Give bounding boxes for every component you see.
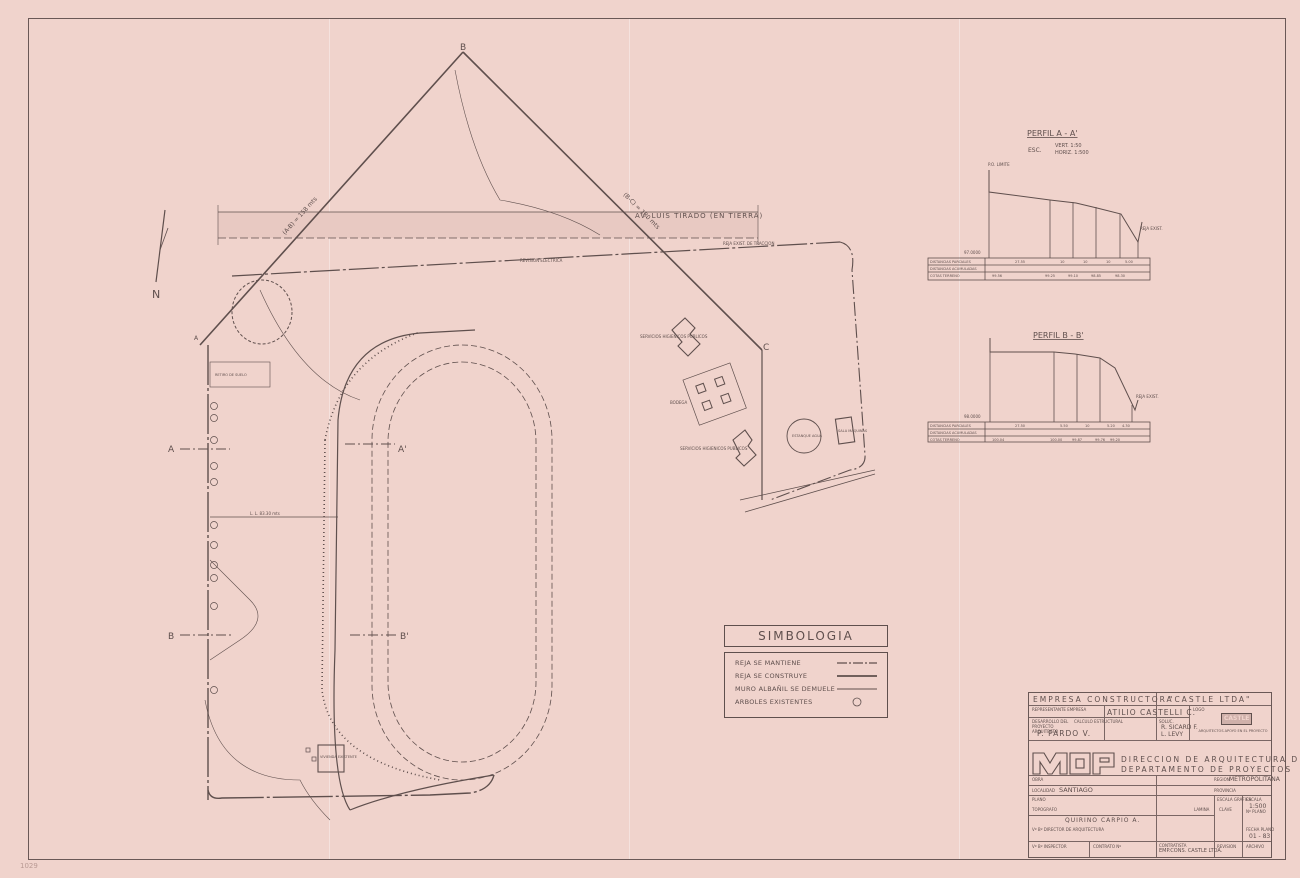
rep-label: REPRESENTANTE EMPRESA [1032,707,1086,712]
legend-body: REJA SE MANTIENE REJA SE CONSTRUYE MURO … [724,652,888,718]
profile-a-datum: 97.0000 [964,250,981,255]
section-a-label: A [168,445,175,455]
logo-label: LOGO [1193,707,1204,712]
topografo-value: QUIRINO CARPIO A. [1065,817,1140,824]
title-block: EMPRESA CONSTRUCTORA "CASTLE LTDA" REPRE… [1028,692,1272,858]
profile-a-partial: 10 [1060,260,1064,264]
contratista-value: EMP.CONS. CASTLE LTDA. [1159,848,1222,854]
north-arrow-icon [156,210,165,282]
profile-a-partial: 10 [1106,260,1110,264]
company-label: EMPRESA CONSTRUCTORA [1033,695,1174,704]
profile-b-elevation: 100.00 [1050,438,1062,442]
archivo-label: ARCHIVO [1246,844,1264,849]
building-label: VIVIENDA EXISTENTE [320,755,357,759]
corner-note: 1029 [20,862,38,870]
architect-name: P. PARDO V. [1037,729,1091,738]
fence-note: REJA EXIST. DE TRACCION [723,241,774,246]
region-label: REGION [1214,777,1230,782]
n-plano-label: Nº PLANO [1246,809,1266,814]
profile-b-row-label: COTAS TERRENO [930,438,960,442]
profile-a-scale-vert: VERT. 1:50 [1055,143,1082,149]
vertex-c-label: C [763,343,769,353]
profile-a-title: PERFIL A - A' [1027,129,1078,138]
department-label: DEPARTAMENTO DE PROYECTOS [1121,765,1292,774]
profile-a-row-label: DISTANCIAS PARCIALES [930,260,972,264]
electric-note: REVISION ELECTRICA [520,258,563,263]
profile-a-elevation: 99.10 [1068,274,1078,278]
profile-b-title: PERFIL B - B' [1033,331,1084,340]
profile-a-elevation: 99.56 [992,274,1002,278]
profile-a-elevation: 98.85 [1091,274,1101,278]
profile-b-row-label: DISTANCIAS PARCIALES [930,424,972,428]
company-name: "CASTLE LTDA" [1169,695,1251,704]
lot-line-note: L. L. 83.30 mts [250,511,280,516]
profile-a-row-label: COTAS TERRENO [930,274,960,278]
profile-b-elevation: 99.87 [1072,438,1082,442]
profile-b-elevation: 99.20 [1110,438,1120,442]
direction-label: DIRECCION DE ARQUITECTURA D.G.O.P. [1121,755,1300,764]
profile-a-scale-horiz: HORIZ. 1:500 [1055,150,1089,156]
profile-a-start-label: P.O. LIMITE [988,162,1010,167]
fecha-label: FECHA PLANO [1246,827,1274,832]
engineer-name: L. LEVY [1161,731,1183,738]
legend-title: SIMBOLOGIA [724,625,888,647]
profile-a-end-label: REJA EXIST. [1140,226,1163,231]
contrato-label: CONTRATO Nº [1093,844,1121,849]
profile-b-partial: 27.50 [1015,424,1025,428]
profile-b-row-label: DISTANCIAS ACUMULADAS [930,431,977,435]
obra-label: OBRA [1032,777,1043,782]
localidad-label: LOCALIDAD [1032,788,1055,793]
rep-name: ATILIO CASTELLI C. [1107,708,1196,717]
vertex-b-label: B [460,43,466,53]
profile-a-elevation: 99.25 [1045,274,1055,278]
provincia-label: PROVINCIA [1214,788,1236,793]
revision-label: REVISION [1217,844,1236,849]
profile-b-elevation: 99.76 [1095,438,1105,442]
profile-b-partial: 10 [1085,424,1089,428]
profile-b-partial: 4.30 [1122,424,1130,428]
boundary-b-c [463,52,762,350]
plano-label: PLANO [1032,797,1046,802]
profile-b-partial: 5.50 [1060,424,1068,428]
calc-label: CALCULO ESTRUCTURAL [1074,719,1123,724]
mop-logo-icon [1032,750,1116,776]
profile-a-scale-label: ESC. [1028,147,1042,154]
building-label: SALA MAQUINAS [838,429,868,433]
section-b-label: B [168,632,174,642]
north-label: N [152,288,160,301]
building-label: SERVICIOS HIGIENICOS PUBLICOS [680,446,748,451]
profile-b-datum: 98.0000 [964,414,981,419]
building-label: BODEGA [670,400,688,405]
topografo-label: TOPOGRAFO [1032,807,1057,812]
building-label: SERVICIOS HIGIENICOS PUBLICOS [640,334,708,339]
building-label: RETIRO DE SUELO [215,373,247,377]
profile-a-partial: 5.00 [1125,260,1133,264]
logo-sub: ARQUITECTOS APOYO EN EL PROYECTO [1197,729,1269,733]
region-value: METROPOLITANA [1229,776,1280,783]
profile-a-partial: 27.55 [1015,260,1025,264]
section-a-prime-label: A' [398,445,407,455]
clave-label: CLAVE [1219,807,1232,812]
director-label: Vº Bº DIRECTOR DE ARQUITECTURA [1032,827,1104,832]
lamina-label: LAMINA [1194,807,1209,812]
profile-b-partial: 5.20 [1107,424,1115,428]
building-label: ESTANQUE AGUA [792,434,823,438]
profile-b-end-label: REJA EXIST. [1136,394,1159,399]
section-b-prime-label: B' [400,632,409,642]
vertex-a-label: A [194,335,199,342]
engineer-name: R. SICARD F. [1161,724,1198,731]
boundary-a-b [200,52,463,345]
escala-label: ESCALA [1246,797,1262,802]
fecha-value: 01 - 83 [1249,833,1270,840]
localidad-value: SANTIAGO [1059,786,1093,794]
profile-b-elevation: 100.04 [992,438,1005,442]
castle-logo: CASTLE [1221,713,1252,725]
inspector-label: Vº Bº INSPECTOR [1032,844,1067,849]
legend-box: SIMBOLOGIA REJA SE MANTIENE REJA SE CONS… [724,625,888,718]
profile-a-partial: 10 [1083,260,1087,264]
profile-a-row-label: DISTANCIAS ACUMULADAS [930,267,977,271]
profile-a-elevation: 98.30 [1115,274,1125,278]
tree-circle-icon [853,698,861,706]
